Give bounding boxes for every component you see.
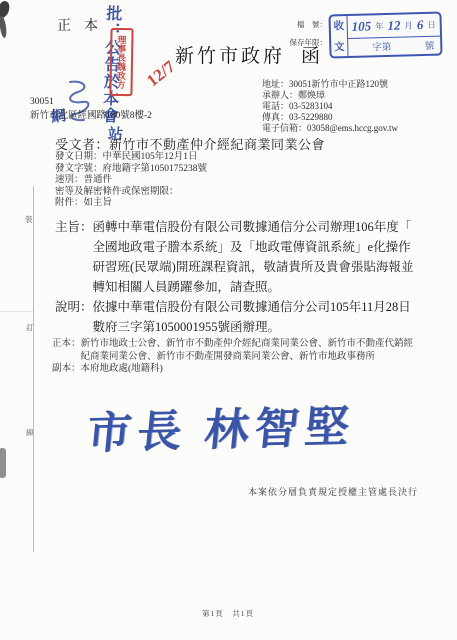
delegation-note: 本案依分層負責規定授權主管處長決行 — [248, 485, 418, 498]
explanation-text: 依據中華電信股份有限公司數據通信分公司105年11月28日 數府三字第10500… — [93, 297, 411, 337]
subject-label: 主旨： — [55, 217, 93, 297]
cc-recipients: 副本： 本府地政處(地籍科) — [52, 363, 447, 376]
delivery-speed: 速別：普通件 — [55, 175, 207, 187]
binding-mark-xian: 線 — [26, 427, 34, 438]
handwritten-seal-date: 12/7 — [143, 57, 179, 91]
receipt-number-suffix: 號 — [425, 38, 435, 52]
recipient-address: 新竹市北區經國路180號8樓-2 — [30, 107, 152, 121]
scan-artifact-edge — [0, 448, 6, 478]
receipt-day-unit: 日 — [427, 19, 436, 31]
sender-contact-person: 承辦人：鄭煥璋 — [262, 90, 398, 101]
recipient-zip: 30051 — [30, 97, 54, 107]
original-text: 新竹市地政士公會、新竹市不動產仲介經紀商業同業公會、新竹市不動產代銷經 紀商業同… — [81, 338, 414, 363]
receipt-stamp-char-bottom: 文 — [334, 39, 345, 54]
page-footer: 第1頁 共1頁 — [202, 608, 254, 619]
sender-email: 電子信箱：03058@ems.hccg.gov.tw — [262, 123, 398, 134]
receipt-number-prefix: 字第 — [372, 39, 391, 53]
sender-fax: 傳真：03-5229880 — [262, 112, 398, 123]
agency-title: 新竹市政府函 — [175, 41, 320, 68]
explanation-label: 說明： — [55, 297, 93, 337]
binding-mark-ding: 訂 — [26, 322, 34, 333]
issue-date: 發文日期：中華民國105年12月1日 — [55, 152, 207, 164]
meta-block: 發文日期：中華民國105年12月1日 發文字號：府地籍字第1050175238號… — [55, 152, 207, 210]
receipt-month-unit: 月 — [404, 19, 413, 31]
binding-line — [33, 186, 34, 552]
receipt-year: 105 — [351, 18, 371, 35]
scan-artifact-line — [0, 311, 33, 312]
receipt-stamp-number-row: 字第 號 — [348, 36, 440, 56]
subject-text: 函轉中華電信股份有限公司數據通信分公司辦理106年度「 全國地政電子謄本系統」及… — [93, 217, 414, 297]
mayor-signature: 市長 林智堅 — [85, 391, 359, 462]
letter-type: 函 — [301, 46, 320, 67]
sender-phone: 電話：03-5283104 — [262, 101, 398, 112]
explanation-paragraph: 說明： 依據中華電信股份有限公司數據通信分公司105年11月28日 數府三字第1… — [55, 297, 435, 337]
scanned-official-letter: 裝 訂 線 正本 批：公告於本會 網 站 理事長魏政方 12/7 檔 號： 保存… — [0, 0, 457, 640]
receipt-year-unit: 年 — [375, 20, 384, 32]
receipt-month: 12 — [387, 17, 400, 33]
chairman-seal-stamp: 理事長魏政方 — [109, 28, 133, 96]
cc-text: 本府地政處(地籍科) — [81, 363, 163, 376]
document-number: 發文字號：府地籍字第1050175238號 — [55, 164, 207, 176]
attachment-note: 附件：如主旨 — [55, 198, 207, 210]
subject-paragraph: 主旨： 函轉中華電信股份有限公司數據通信分公司辦理106年度「 全國地政電子謄本… — [55, 217, 435, 297]
original-label: 正本： — [52, 338, 81, 363]
binding-mark-zhuang: 裝 — [25, 214, 33, 225]
agency-name: 新竹市政府 — [175, 46, 285, 67]
receipt-day: 6 — [417, 17, 424, 33]
sender-address: 地址：30051新竹市中正路120號 — [262, 79, 398, 90]
original-recipients: 正本： 新竹市地政士公會、新竹市不動產仲介經紀商業同業公會、新竹市不動產代銷經 … — [52, 338, 447, 363]
security-classification: 密等及解密條件或保密期限： — [55, 187, 207, 199]
receipt-date-stamp: 收 文 105 年 12 月 6 日 字第 號 — [328, 12, 442, 59]
receipt-stamp-column: 收 文 — [330, 16, 348, 56]
sender-info: 地址：30051新竹市中正路120號 承辦人：鄭煥璋 電話：03-5283104… — [262, 79, 398, 134]
receipt-stamp-date-row: 105 年 12 月 6 日 — [347, 14, 440, 39]
receipt-stamp-body: 105 年 12 月 6 日 字第 號 — [347, 14, 440, 56]
receipt-stamp-char-top: 收 — [333, 18, 344, 33]
recipient-line: 受文者：新竹市不動產仲介經紀商業同業公會 — [55, 134, 325, 153]
file-number-label: 檔 號： — [268, 16, 327, 34]
scan-artifact-corner — [0, 16, 8, 39]
cc-label: 副本： — [52, 363, 81, 376]
